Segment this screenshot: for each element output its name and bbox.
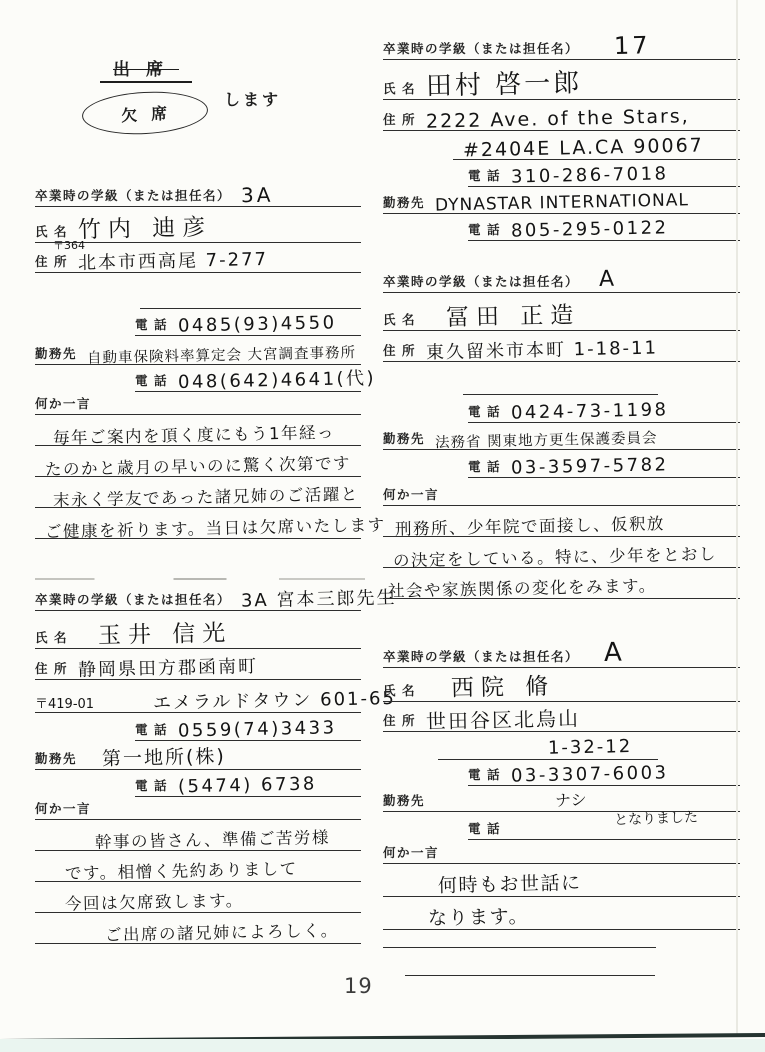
phone-label: 電 話 (135, 371, 168, 391)
blank-line (383, 930, 656, 948)
comment-line: なります。 (383, 897, 740, 930)
address-row: 住 所 静岡県田方郡函南町 (35, 649, 361, 680)
smudge-line (35, 578, 365, 580)
address-value: 北本市西高尾 7-277 (68, 251, 272, 274)
comment-text: たのかと歳月の早いのに驚く次第です (35, 455, 355, 479)
work-value: 自動車保険料率算定会 大宮調査事務所 (77, 346, 360, 367)
grade-row: 卒業時の学級（または担任名） A (383, 640, 740, 668)
comment-line: 社会や家族関係の変化をみます。 (383, 568, 740, 599)
comment-text: 今回は欠席致します。 (35, 892, 248, 914)
absent-option-circled: 欠席 (81, 89, 209, 138)
comment-line: たのかと歳月の早いのに驚く次第です (35, 446, 361, 477)
work-label: 勤務先 (35, 344, 77, 364)
work-phone-value: 048(642)4641(代) (168, 370, 380, 393)
work-phone-row: 電 話 048(642)4641(代) (135, 365, 361, 392)
phone-row: 電 話 0559(74)3433 (135, 713, 361, 741)
attend-option-struck: 出席 (100, 55, 192, 83)
name-value: 玉井 信光 (68, 622, 237, 650)
address-label: 住 所 (383, 711, 416, 731)
grade-value: 3A 宮本三郎先生 (231, 589, 401, 612)
postal-code: 〒419-01 (35, 698, 98, 712)
comment-label-row: 何か一言 (35, 392, 361, 415)
work-label: 勤務先 (383, 791, 425, 811)
work-row: 勤務先 ナシ となりました (383, 786, 740, 812)
work-label: 勤務先 (383, 429, 425, 449)
name-row: 氏 名 田村 啓一郎 (383, 60, 740, 100)
work-phone-value: 805-295-0122 (501, 219, 673, 242)
comment-text: の決定をしている。特に、少年をとおし (383, 546, 721, 571)
address-row: 住 所 東久留米市本町 1-18-11 (383, 331, 740, 362)
comment-label: 何か一言 (383, 485, 439, 505)
entry-form-left2: 卒業時の学級（または担任名） 3A 宮本三郎先生 氏 名 玉井 信光 住 所 静… (35, 585, 361, 944)
comment-text: 幹事の皆さん、準備ご苦労様 (35, 829, 334, 853)
work-phone-row: 電 話 (5474) 6738 (135, 770, 361, 797)
work-row: 勤務先 法務省 関東地方更生保護委員会 (383, 423, 740, 450)
phone-label: 電 話 (135, 776, 168, 796)
work-label: 勤務先 (383, 193, 425, 213)
phone-value: 03-3307-6003 (501, 764, 673, 787)
phone-value: 0559(74)3433 (168, 719, 341, 742)
address-row-2: 1-32-12 (438, 732, 658, 760)
phone-row: 電 話 0424-73-1198 (468, 395, 740, 423)
grade-value: A (579, 269, 622, 293)
blank-line (463, 362, 658, 395)
grade-row: 卒業時の学級（または担任名） 3A (35, 183, 361, 207)
phone-value: 0424-73-1198 (501, 401, 673, 424)
name-row: 氏 名 冨田 正造 (383, 293, 740, 331)
phone-label: 電 話 (468, 220, 501, 240)
work-value: DYNASTAR INTERNATIONAL (425, 192, 693, 216)
phone-label: 電 話 (468, 765, 501, 785)
name-label: 氏 名 (35, 628, 68, 648)
address-label: 住 所 (35, 659, 68, 679)
phone-value: 310-286-7018 (501, 165, 673, 188)
address-label: 住 所 (383, 110, 416, 130)
name-value: 田村 啓一郎 (416, 70, 587, 101)
comment-label-row: 何か一言 (383, 478, 740, 506)
grade-row: 卒業時の学級（または担任名） 17 (383, 32, 740, 60)
comment-label-row: 何か一言 (35, 797, 361, 820)
phone-row: 電 話 310-286-7018 (468, 160, 740, 187)
work-phone-row: 電 話 805-295-0122 (468, 214, 740, 241)
work-row: 勤務先 自動車保険料率算定会 大宮調査事務所 (35, 336, 361, 365)
phone-row: 電 話 0485(93)4550 (135, 309, 361, 336)
comment-line: の決定をしている。特に、少年をとおし (383, 537, 740, 568)
blank-line (140, 273, 361, 309)
work-row: 勤務先 第一地所(株) (35, 741, 361, 770)
work-phone-value: 03-3597-5782 (501, 456, 673, 479)
entry-form-left1: 卒業時の学級（または担任名） 3A 氏 名 竹内 迪彦 住 所 〒364 北本市… (35, 183, 361, 539)
comment-label: 何か一言 (383, 843, 439, 863)
grade-row: 卒業時の学級（または担任名） 3A 宮本三郎先生 (35, 585, 361, 611)
name-value: 冨田 正造 (416, 304, 585, 332)
comment-text: 末永く学友であった諸兄姉のご活躍と (35, 486, 363, 510)
address-value: 世田谷区北烏山 (416, 708, 584, 733)
work-row: 勤務先 DYNASTAR INTERNATIONAL (383, 187, 740, 214)
comment-line: です。相憎く先約ありまして (35, 851, 361, 882)
scan-bottom-band (0, 1039, 765, 1052)
phone-label: 電 話 (468, 402, 501, 422)
comment-line: ご出席の諸兄姉によろしく。 (35, 913, 361, 944)
address-row: 住 所 世田谷区北烏山 (383, 702, 740, 732)
phone-label: 電 話 (135, 315, 168, 335)
grade-value: A (579, 639, 629, 667)
comment-text: 刑務所、少年院で面接し、仮釈放 (383, 516, 669, 539)
address-row: 住 所 〒364 北本市西高尾 7-277 (35, 243, 361, 273)
address-value: 2222 Ave. of the Stars, (416, 107, 694, 133)
address-value: 東久留米市本町 1-18-11 (416, 339, 662, 363)
entry-form-right1: 卒業時の学級（または担任名） 17 氏 名 田村 啓一郎 住 所 2222 Av… (383, 32, 740, 241)
comment-label: 何か一言 (35, 394, 91, 414)
address2-value: 1-32-12 (438, 738, 637, 761)
grade-label: 卒業時の学級（または担任名） (35, 590, 231, 610)
comment-text: です。相憎く先約ありまして (35, 861, 302, 884)
comment-line: 刑務所、少年院で面接し、仮釈放 (383, 506, 740, 537)
comment-line: 末永く学友であった諸兄姉のご活躍と (35, 477, 361, 508)
address-label: 住 所 (35, 252, 68, 272)
comment-label-row: 何か一言 (383, 840, 740, 864)
comment-label: 何か一言 (35, 799, 91, 819)
comment-line: 毎年ご案内を頂く度にもう1年経っ (35, 415, 361, 446)
work-note: となりました (614, 807, 699, 830)
address-value: 静岡県田方郡函南町 (68, 658, 262, 681)
grade-label: 卒業時の学級（または担任名） (383, 647, 579, 667)
comment-text: なります。 (383, 907, 533, 930)
name-label: 氏 名 (383, 681, 416, 701)
comment-line: 幹事の皆さん、準備ご苦労様 (35, 820, 361, 851)
entry-form-right3: 卒業時の学級（または担任名） A 氏 名 西院 脩 住 所 世田谷区北烏山 1-… (383, 640, 740, 976)
comment-text: ご健康を祈ります。当日は欠席いたします (35, 517, 390, 542)
comment-text: 毎年ご案内を頂く度にもう1年経っ (35, 424, 339, 448)
work-value: 第一地所(株) (77, 747, 230, 770)
work-phone-row: 電 話 03-3597-5782 (468, 450, 740, 478)
phone-label: 電 話 (468, 166, 501, 186)
name-row: 氏 名 西院 脩 (383, 668, 740, 702)
name-value: 西院 脩 (416, 676, 560, 703)
address-row-2: #2404E LA.CA 90067 (453, 131, 740, 160)
grade-value: 17 (579, 33, 655, 60)
work-value: ナシ (425, 792, 591, 812)
name-label: 氏 名 (383, 310, 416, 330)
address-row-2: 〒419-01 エメラルドタウン 601-65 (35, 680, 361, 713)
comment-line: 今回は欠席致します。 (35, 882, 361, 913)
phone-label: 電 話 (468, 819, 501, 839)
address-row: 住 所 2222 Ave. of the Stars, (383, 100, 740, 131)
address-label: 住 所 (383, 341, 416, 361)
name-value: 竹内 迪彦 (68, 216, 217, 243)
comment-line: 何時もお世話に (383, 864, 740, 897)
comment-text: 何時もお世話に (383, 874, 586, 898)
comment-text: 社会や家族関係の変化をみます。 (383, 578, 661, 601)
blank-line (405, 948, 655, 976)
name-row: 氏 名 玉井 信光 (35, 611, 361, 649)
grade-label: 卒業時の学級（または担任名） (35, 186, 231, 206)
postal-code: 〒364 (53, 237, 85, 253)
grade-label: 卒業時の学級（または担任名） (383, 39, 579, 59)
work-value: 法務省 関東地方更生保護委員会 (425, 431, 662, 451)
comment-text: ご出席の諸兄姉によろしく。 (35, 922, 343, 946)
entry-form-right2: 卒業時の学級（または担任名） A 氏 名 冨田 正造 住 所 東久留米市本町 1… (383, 265, 740, 599)
phone-label: 電 話 (468, 457, 501, 477)
grade-row: 卒業時の学級（または担任名） A (383, 265, 740, 293)
attendance-suffix: します (224, 87, 281, 110)
attendance-block: 出席 します 欠席 (82, 55, 302, 155)
work-phone-value: (5474) 6738 (168, 775, 321, 797)
phone-label: 電 話 (135, 720, 168, 740)
page-number: 19 (344, 974, 373, 998)
phone-value: 0485(93)4550 (168, 314, 341, 337)
grade-value: 3A (231, 185, 278, 207)
scan-edge-vertical-line (736, 0, 738, 1034)
work-label: 勤務先 (35, 749, 77, 769)
grade-label: 卒業時の学級（または担任名） (383, 272, 579, 292)
address2-value: エメラルドタウン 601-65 (98, 690, 400, 715)
scanned-reply-sheet: 出席 します 欠席 卒業時の学級（または担任名） 3A 氏 名 竹内 迪彦 住 … (0, 0, 765, 1052)
address2-value: #2404E LA.CA 90067 (453, 136, 708, 161)
comment-line: ご健康を祈ります。当日は欠席いたします (35, 508, 361, 539)
phone-row: 電 話 03-3307-6003 (468, 760, 740, 786)
work-phone-row: 電 話 (468, 812, 740, 840)
name-label: 氏 名 (383, 79, 416, 99)
